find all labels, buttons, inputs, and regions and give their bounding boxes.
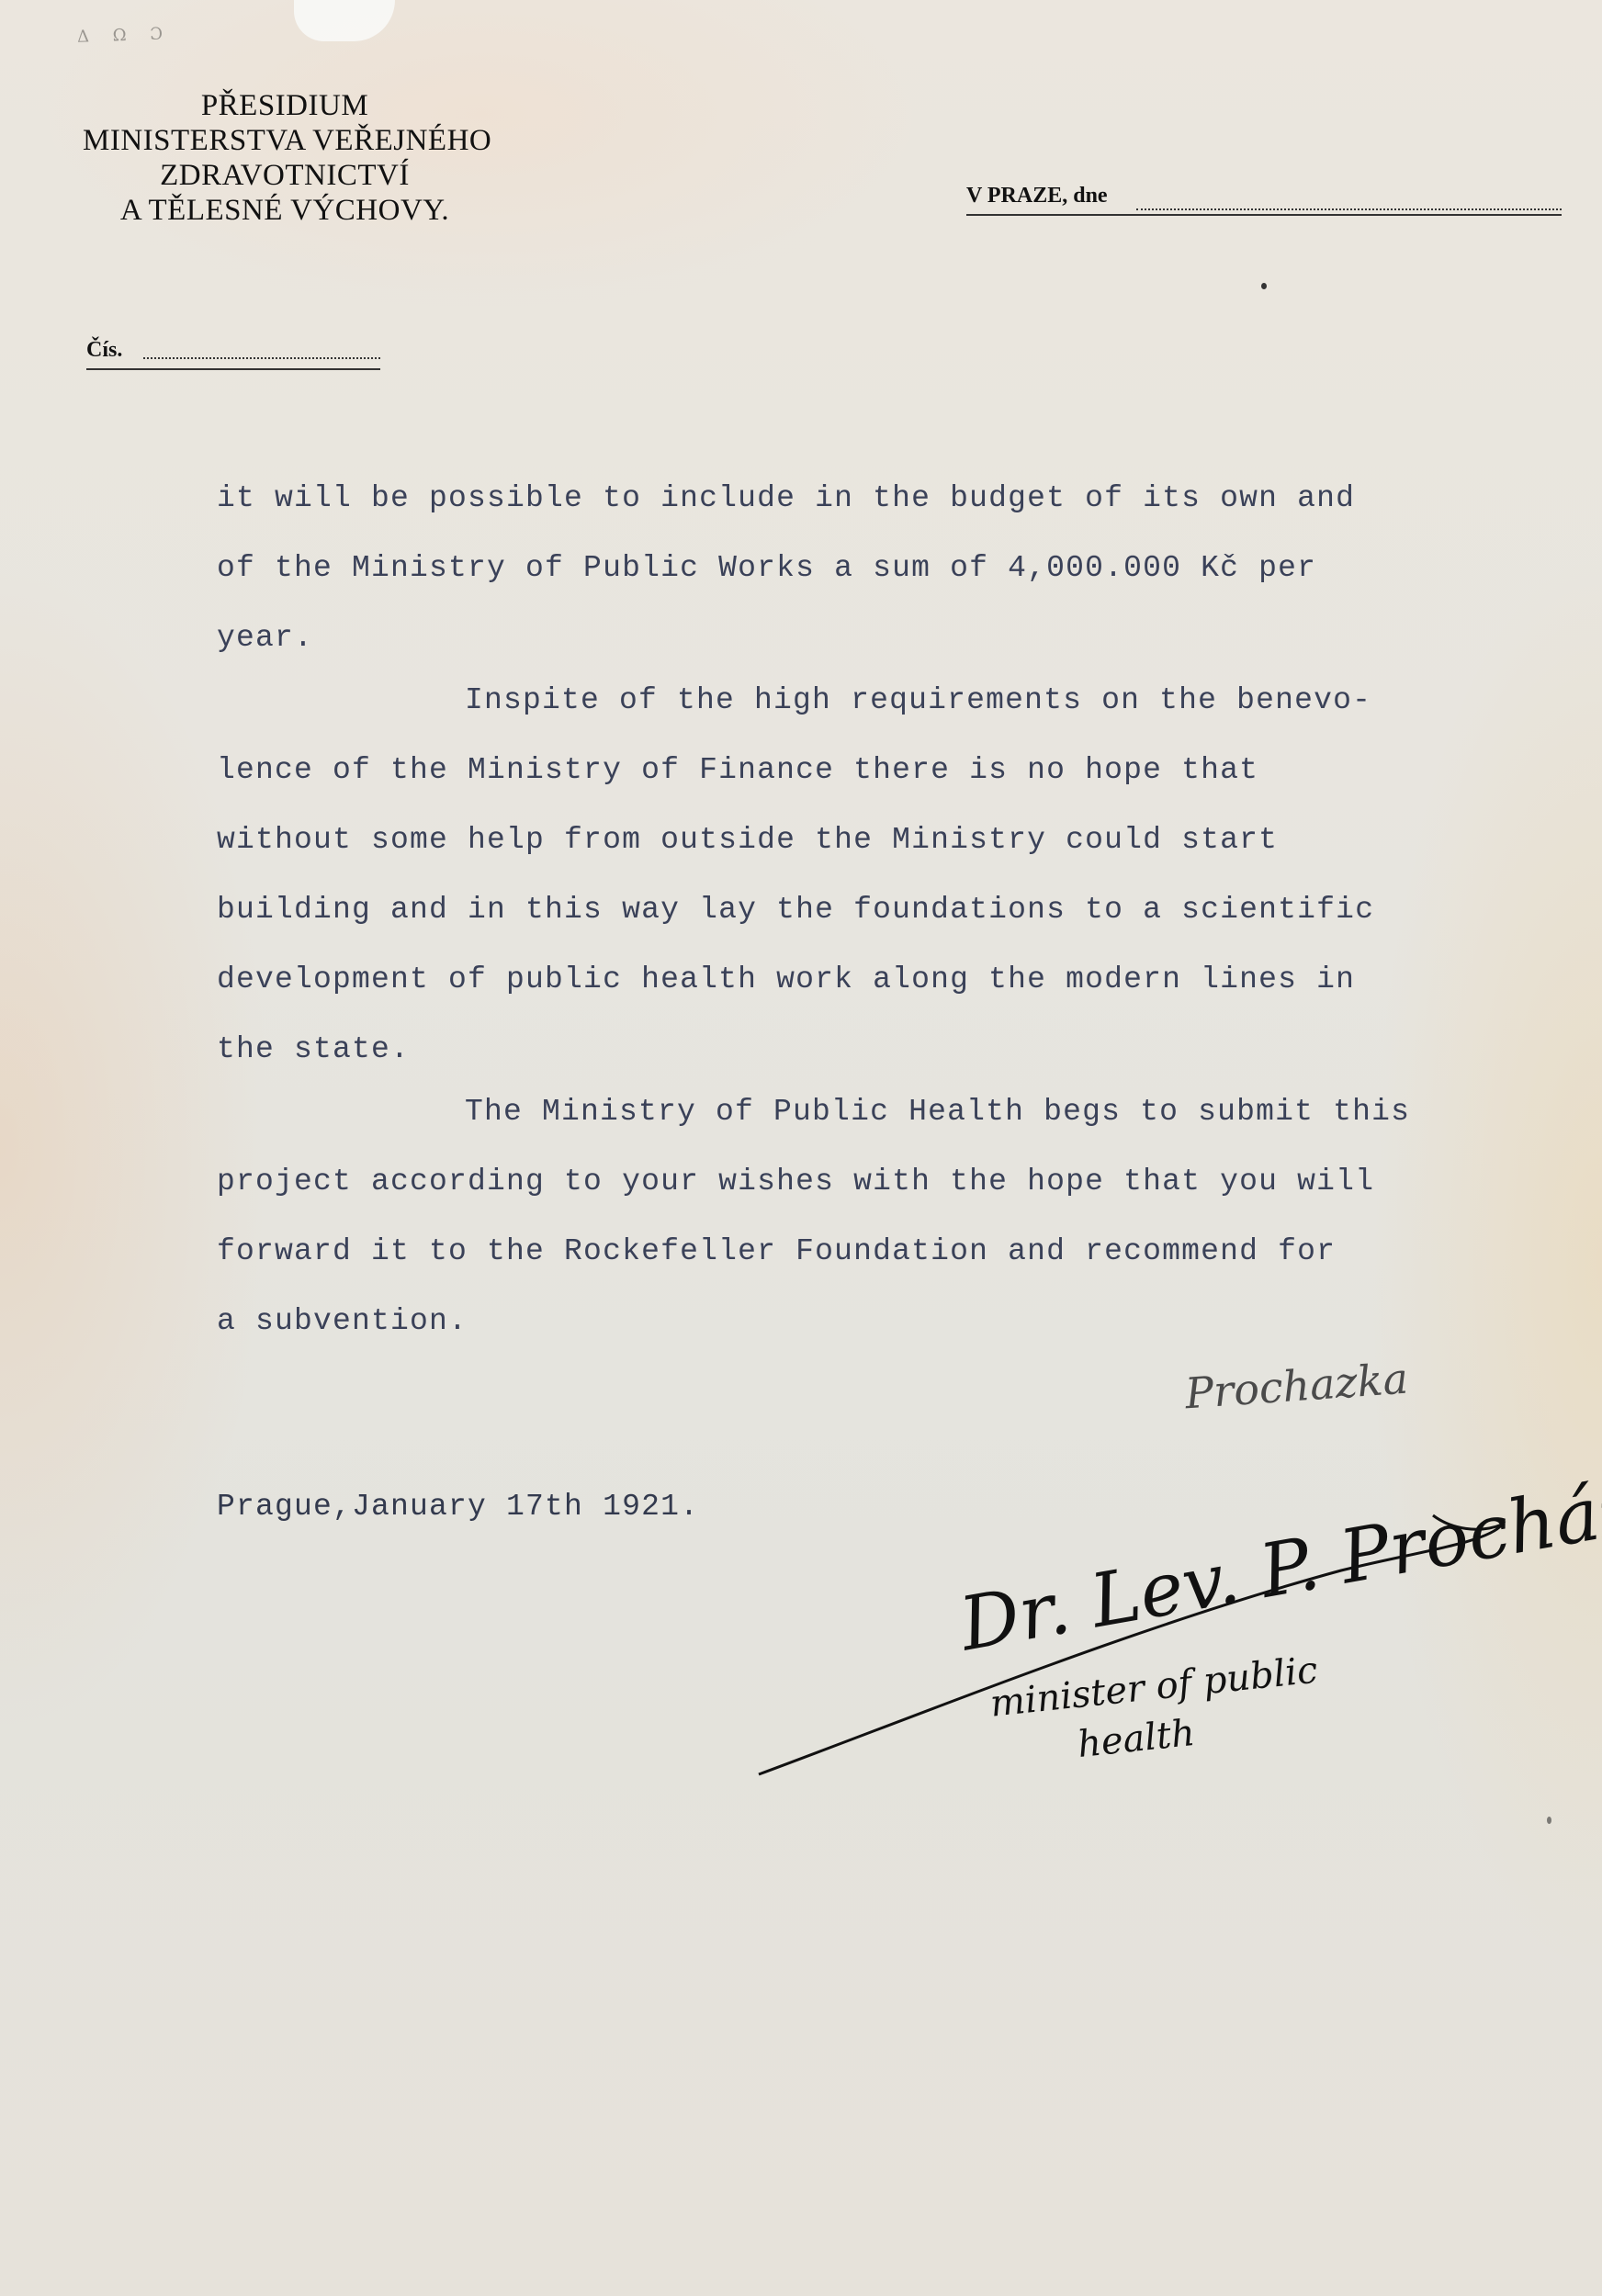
place-date-dotted-line: [1136, 208, 1562, 210]
text-line: the state.: [217, 1027, 1576, 1097]
reference-dotted-line: [143, 357, 380, 359]
text-line: of the Ministry of Public Works a sum of…: [217, 546, 1576, 615]
text-line: Inspite of the high requirements on the …: [217, 678, 1576, 748]
letterhead: PŘESIDIUM MINISTERSTVA VEŘEJNÉHO ZDRAVOT…: [83, 88, 487, 228]
place-date-field: V PRAZE, dne: [966, 184, 1562, 216]
letterhead-line: A TĚLESNÉ VÝCHOVY.: [83, 193, 487, 228]
letterhead-line: MINISTERSTVA VEŘEJNÉHO: [83, 123, 487, 158]
paper-damage: [294, 0, 395, 41]
paragraph-1: it will be possible to include in the bu…: [217, 476, 1576, 685]
letterhead-line: ZDRAVOTNICTVÍ: [83, 158, 487, 193]
reference-label: Čís.: [86, 338, 122, 362]
text-line: year.: [217, 615, 1576, 685]
text-line: without some help from outside the Minis…: [217, 817, 1576, 887]
paragraph-3: The Ministry of Public Health begs to su…: [217, 1089, 1576, 1368]
pencil-archive-mark: Δ Ω Ɔ: [77, 24, 173, 47]
paragraph-2: Inspite of the high requirements on the …: [217, 678, 1576, 1097]
letterhead-line: PŘESIDIUM: [83, 88, 487, 123]
text-line: it will be possible to include in the bu…: [217, 476, 1576, 546]
text-line: project according to your wishes with th…: [217, 1159, 1576, 1229]
place-date-rule: [966, 214, 1562, 216]
text-line: building and in this way lay the foundat…: [217, 887, 1576, 957]
reference-rule: [86, 368, 380, 370]
text-line: lence of the Ministry of Finance there i…: [217, 748, 1576, 817]
reference-number-field: Čís.: [86, 338, 380, 370]
place-date-label: V PRAZE, dne: [966, 184, 1108, 208]
text-line: forward it to the Rockefeller Foundation…: [217, 1229, 1576, 1299]
letter-body: it will be possible to include in the bu…: [217, 476, 1576, 1368]
text-line: The Ministry of Public Health begs to su…: [217, 1089, 1576, 1159]
closing-date: Prague,January 17th 1921.: [217, 1490, 699, 1524]
paper-speck: [1261, 283, 1267, 289]
paper-speck: [1547, 1817, 1551, 1824]
text-line: development of public health work along …: [217, 957, 1576, 1027]
